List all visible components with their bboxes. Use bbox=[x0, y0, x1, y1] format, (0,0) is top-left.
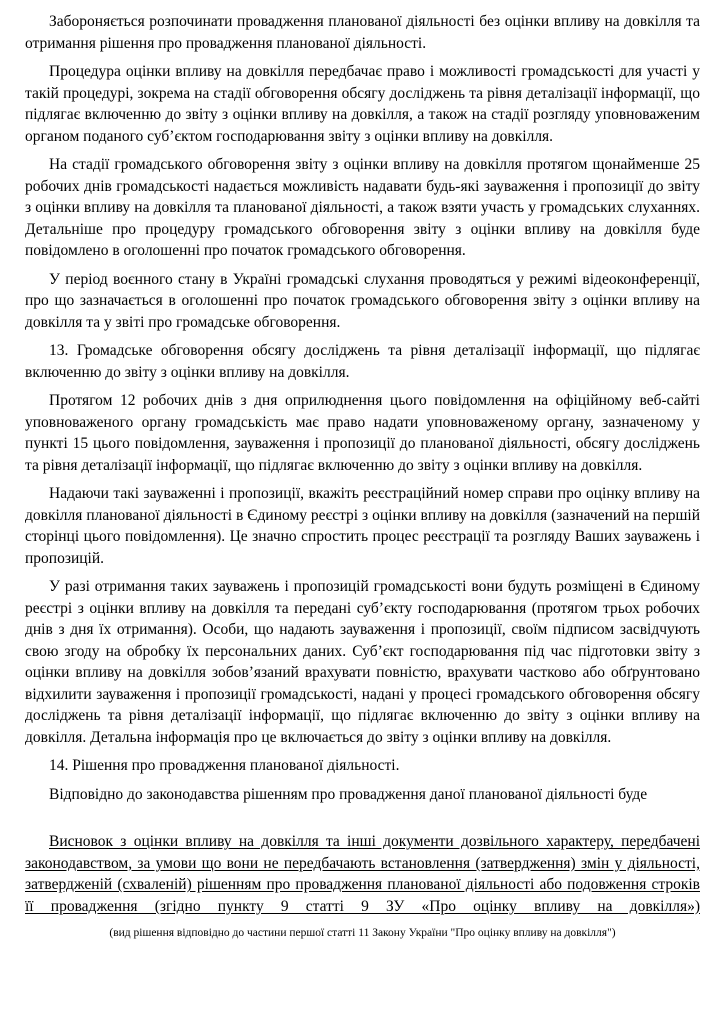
paragraph-procedure-public-rights: Процедура оцінки впливу на довкілля пере… bbox=[25, 61, 700, 147]
document-page: Забороняється розпочинати провадження пл… bbox=[0, 0, 724, 1024]
clause-14-decision-heading: 14. Рішення про провадження планованої д… bbox=[25, 755, 700, 777]
paragraph-martial-law-hearings: У період воєнного стану в Україні громад… bbox=[25, 269, 700, 334]
paragraph-comments-processing: У разі отримання таких зауважень і пропо… bbox=[25, 576, 700, 748]
paragraph-decision-intro: Відповідно до законодавства рішенням про… bbox=[25, 784, 700, 806]
footnote-decision-type: (вид рішення відповідно до частини першо… bbox=[25, 926, 700, 940]
paragraph-registration-number: Надаючи такі зауваженні і пропозиції, вк… bbox=[25, 483, 700, 569]
paragraph-public-discussion-report: На стадії громадського обговорення звіту… bbox=[25, 154, 700, 262]
clause-13-public-discussion-scope: 13. Громадське обговорення обсягу дослід… bbox=[25, 340, 700, 383]
paragraph-decision-type-underlined: Висновок з оцінки впливу на довкілля та … bbox=[25, 831, 700, 917]
paragraph-12-working-days: Протягом 12 робочих днів з дня оприлюдне… bbox=[25, 390, 700, 476]
paragraph-prohibition-notice: Забороняється розпочинати провадження пл… bbox=[25, 11, 700, 54]
